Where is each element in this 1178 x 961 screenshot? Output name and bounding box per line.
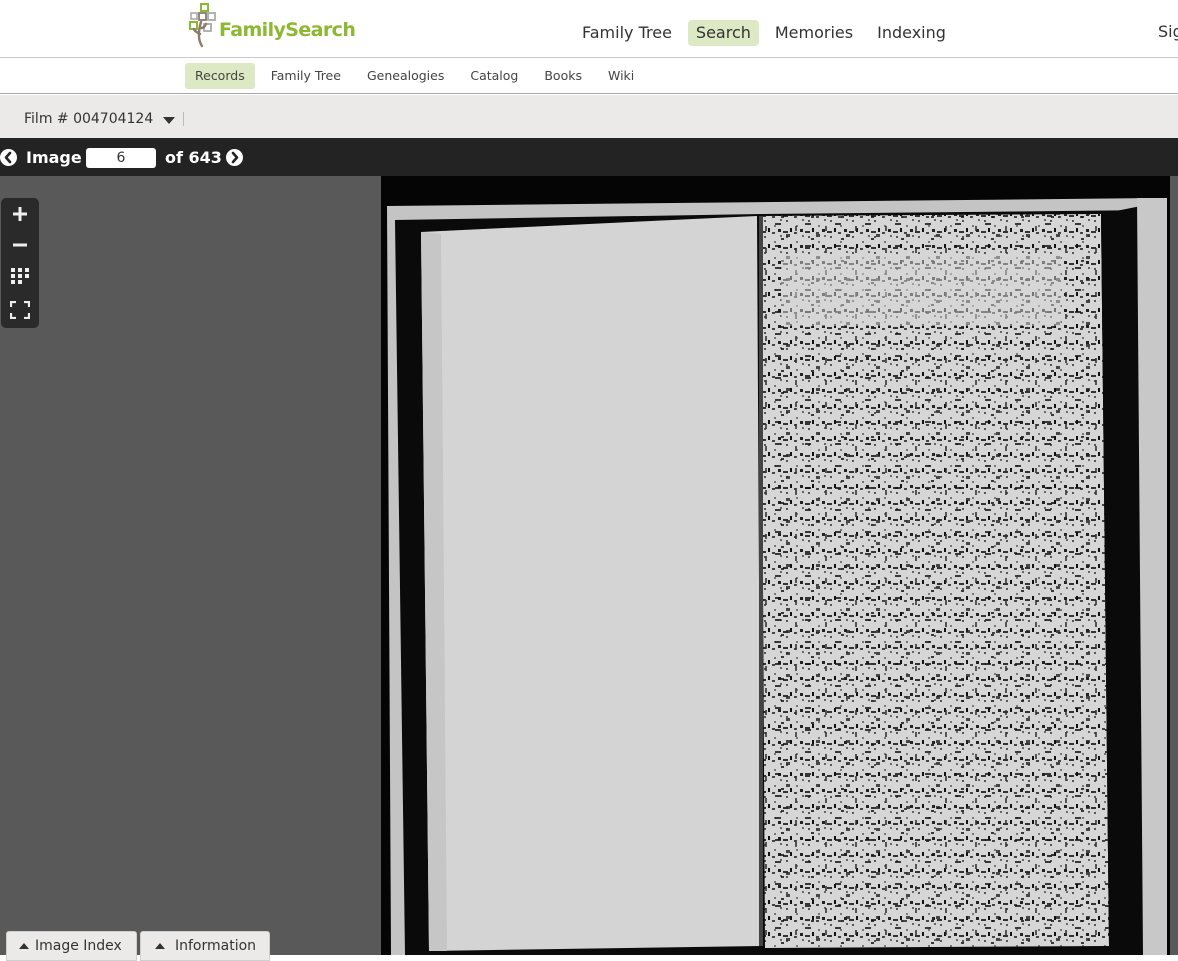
caret-down-icon (163, 117, 175, 124)
sub-nav: Records Family Tree Genealogies Catalog … (0, 59, 1178, 94)
main-nav-indexing[interactable]: Indexing (869, 20, 954, 46)
scanned-document-image (381, 176, 1170, 955)
tree-logo-icon (188, 2, 220, 48)
subnav-catalog[interactable]: Catalog (460, 63, 528, 89)
image-index-tab[interactable]: Image Index (6, 931, 137, 955)
main-nav-memories[interactable]: Memories (767, 20, 861, 46)
main-nav: Family Tree Search Memories Indexing (574, 20, 954, 46)
information-tab[interactable]: Information (140, 931, 270, 955)
zoom-controls (1, 198, 39, 328)
information-label: Information (175, 938, 256, 954)
familysearch-logo[interactable]: FamilySearch (188, 2, 358, 52)
image-nav-bar: Image of 643 (0, 138, 1178, 176)
triangle-up-icon (19, 943, 29, 949)
viewer-edge (1170, 176, 1178, 955)
image-total: of 643 (165, 148, 222, 167)
grid-icon (11, 268, 29, 284)
minus-icon (13, 238, 27, 252)
next-image-button[interactable] (226, 149, 243, 166)
subnav-records[interactable]: Records (185, 63, 255, 89)
chevron-right-icon (226, 149, 243, 166)
main-nav-family-tree[interactable]: Family Tree (574, 20, 680, 46)
main-nav-search[interactable]: Search (688, 20, 759, 46)
film-selector[interactable]: Film # 004704124 (24, 111, 184, 127)
sign-in-link[interactable]: Sign In (1158, 22, 1178, 41)
subnav-wiki[interactable]: Wiki (598, 63, 644, 89)
plus-icon (13, 207, 27, 221)
record-image[interactable] (381, 176, 1170, 955)
subnav-books[interactable]: Books (534, 63, 592, 89)
top-header: FamilySearch Family Tree Search Memories… (0, 0, 1178, 58)
previous-image-button[interactable] (0, 149, 17, 166)
image-label: Image (26, 148, 82, 167)
film-bar: Film # 004704124 (0, 95, 1178, 138)
triangle-up-icon (155, 943, 165, 949)
expand-icon (10, 301, 30, 319)
film-number: Film # 004704124 (24, 111, 153, 127)
subnav-genealogies[interactable]: Genealogies (357, 63, 454, 89)
zoom-in-button[interactable] (1, 199, 39, 229)
chevron-left-icon (0, 149, 17, 166)
zoom-out-button[interactable] (1, 230, 39, 260)
logo-text: FamilySearch (219, 19, 355, 41)
subnav-family-tree[interactable]: Family Tree (261, 63, 351, 89)
image-index-label: Image Index (35, 938, 122, 954)
bottom-tabs: Image Index Information (6, 931, 270, 955)
fullscreen-button[interactable] (1, 295, 39, 325)
gallery-view-button[interactable] (1, 261, 39, 291)
divider (183, 112, 184, 126)
image-number-input[interactable] (86, 148, 156, 168)
